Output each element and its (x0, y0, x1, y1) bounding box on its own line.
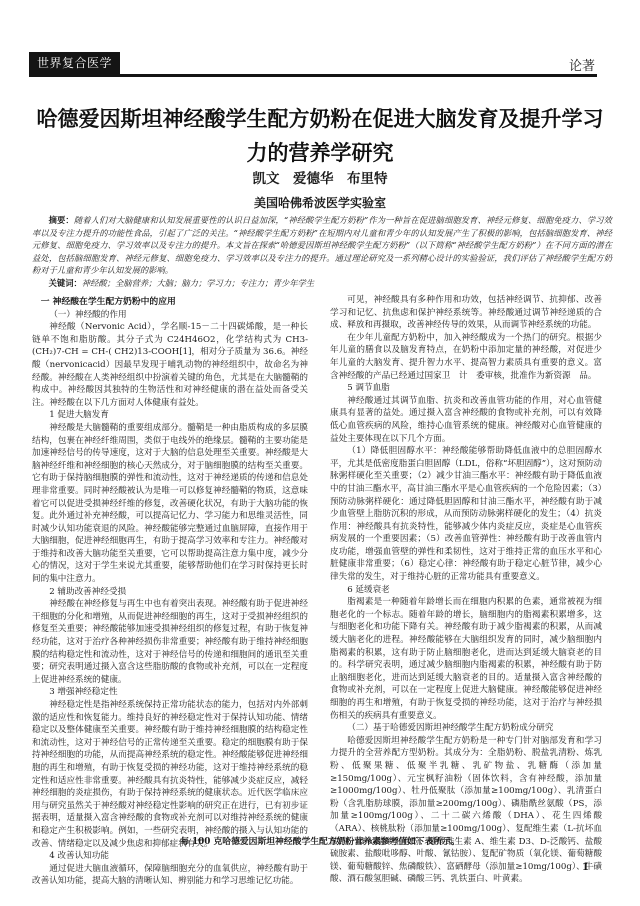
article-title: 哈德爱因斯坦神经酸学生配方奶粉在促进大脑发育及提升学习力的营养学研究 (30, 102, 610, 170)
point-heading: 1 促进大脑发育 (32, 409, 308, 422)
page-number: 1 (582, 862, 589, 873)
keywords-text: 神经酸；全脑营养；大脑；脑力；学习力；专注力；青少年学生 (82, 278, 314, 288)
running-header: 世界复合医学 论著 (29, 52, 597, 78)
paragraph: 在少年儿童配方奶粉中，加入神经酸成为一个热门的研究。根据少年儿童的膳食以及脑发育… (330, 332, 602, 382)
paragraph: （1）降低胆固醇水平：神经酸能够帮助降低血液中的总胆固醇水平，尤其是低密度脂蛋白… (330, 445, 602, 584)
point-heading: 2 辅助改善神经受损 (32, 586, 308, 599)
section-type: 论著 (569, 55, 595, 74)
paragraph: 神经酸通过其调节血脂、抗炎和改善血管功能的作用，对心血管健康具有显著的益处。通过… (330, 395, 602, 445)
paragraph: 哈德爱因斯坦神经酸学生配方奶粉是一种专门针对脑部发育和学习力提升的全营养配方型奶… (330, 735, 602, 886)
paragraph: 可见，神经酸具有多种作用和功效，包括神经调节、抗抑郁、改善学习和记忆、抗焦虑和保… (330, 294, 602, 332)
subsection-heading: （一）神经酸的作用 (32, 309, 308, 322)
abstract: 摘要：随着人们对大脑健康和认知发展重要性的认识日益加深，“神经酸学生配方奶粉”作… (32, 214, 612, 277)
point-heading: 5 调节血脂 (330, 382, 602, 395)
affiliation: 美国哈佛希波医学实验室 (0, 194, 640, 211)
abstract-text: 随着人们对大脑健康和认知发展重要性的认识日益加深，“神经酸学生配方奶粉”作为一种… (32, 215, 612, 275)
right-column: 可见，神经酸具有多种作用和功效，包括神经调节、抗抑郁、改善学习和记忆、抗焦虑和保… (330, 282, 602, 886)
authors: 凯文 爱德华 布里特 (0, 167, 640, 187)
paragraph: 神经稳定性是指神经系统保持正常功能状态的能力，包括对内外部刺激的适应性和恢复能力… (32, 699, 308, 850)
subsection-heading: （二）基于哈德爱因斯坦神经酸学生配方奶粉成分研究 (330, 722, 602, 735)
abstract-label: 摘要： (49, 215, 74, 225)
left-column: 一 神经酸在学生配方奶粉中的应用 （一）神经酸的作用 神经酸（Nervonic … (32, 296, 308, 888)
paragraph: 通过促进大脑血液循环，保障脑细胞充分的血氧供应，神经酸有助于改善认知功能，提高大… (32, 863, 308, 888)
table-caption: 每 100 克哈德爱因斯坦神经酸学生配方奶粉营养素参考值如下表所示。 (0, 834, 640, 847)
point-heading: 6 延缓衰老 (330, 584, 602, 597)
keywords-label: 关键词： (49, 278, 82, 288)
paragraph: 脂褐素是一种随着年龄增长而在细胞内积累的色素，通常被视为细胞老化的一个标志。随着… (330, 596, 602, 722)
paragraph: 神经酸（Nervonic Acid），学名顺-15－二十四碳烯酸，是一种长链单不… (32, 321, 308, 409)
point-heading: 3 增强神经稳定性 (32, 686, 308, 699)
paragraph: 神经酸是大脑髓鞘的重要组成部分。髓鞘是一种由脂质构成的多层膜结构，包裹在神经纤维… (32, 422, 308, 586)
section-heading: 一 神经酸在学生配方奶粉中的应用 (32, 296, 308, 309)
paragraph: 神经酸在神经修复与再生中也有着突出表现。神经酸有助于促进神经干细胞的分化和增殖，… (32, 598, 308, 686)
point-heading: 4 改善认知功能 (32, 850, 308, 863)
journal-name: 世界复合医学 (29, 52, 120, 75)
header-rule (29, 74, 597, 77)
